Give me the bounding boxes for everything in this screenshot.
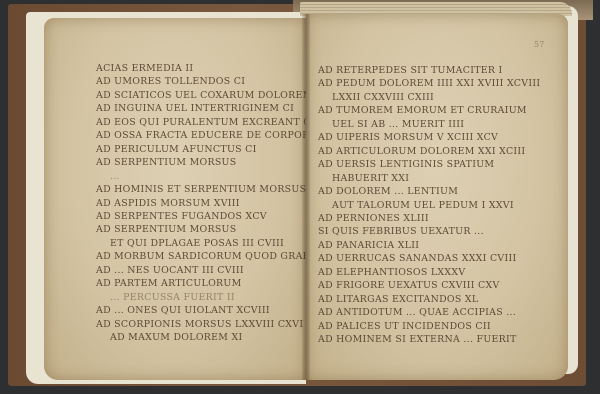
text-line: Ad eos qui puralentum excreant cuius... bbox=[96, 116, 306, 129]
text-line: Ad ... nes uocant III CVIII bbox=[96, 264, 306, 277]
text-line: Ad antidotum ... quae accipias ... bbox=[318, 306, 550, 319]
text-line: Ad tumorem emorum et cruraium bbox=[318, 104, 550, 117]
text-line: Ad inguina uel intertriginem CI bbox=[96, 102, 306, 115]
text-line: Ad hominis et serpentium morsus LXXXVIII bbox=[96, 183, 306, 196]
text-line: Ad scorpionis morsus LXXVIII CXVI bbox=[96, 318, 306, 331]
text-line: Ad ... ones qui uiolant XCVIII bbox=[96, 304, 306, 317]
text-line: Ad frigore uexatus CXVIII CXV bbox=[318, 279, 550, 292]
text-line: Ad uersis lentiginis spatium bbox=[318, 158, 550, 171]
text-line: Ad palices ut incidendos CII bbox=[318, 320, 550, 333]
text-line: et qui dplagae posas III CVIII bbox=[96, 237, 306, 250]
text-line: Ad dolorem ... lentium bbox=[318, 185, 550, 198]
right-page-text: Ad reterpedes sit tumaciter I Ad pedum d… bbox=[318, 64, 550, 347]
text-line: aut talorum uel pedum I XXVI bbox=[318, 199, 550, 212]
text-line: Ad periculum afunctus CI bbox=[96, 143, 306, 156]
text-line: Ad serpentes fugandos XCV bbox=[96, 210, 306, 223]
text-line: Ad serpentium morsus bbox=[96, 156, 306, 169]
text-line: Ad uerrucas sanandas XXXI CVIII bbox=[318, 252, 550, 265]
text-line: Ad ossa fracta educere de corpore XIII bbox=[96, 129, 306, 142]
text-line: uel si ab ... muerit IIII bbox=[318, 118, 550, 131]
text-line: Ad pedum dolorem IIII XXI XVIII XCVIII bbox=[318, 77, 550, 90]
text-line: ... bbox=[96, 170, 306, 183]
text-line: Ad partem articulorum bbox=[96, 277, 306, 290]
text-line: Ad perniones XLIII bbox=[318, 212, 550, 225]
text-line: Ad umores tollendos CI bbox=[96, 75, 306, 88]
folio-number: 57 bbox=[534, 40, 544, 49]
text-line: Ad elephantiosos LXXXV bbox=[318, 266, 550, 279]
text-line: LXXII CXXVIII CXIII bbox=[318, 91, 550, 104]
text-line: Ad articulorum dolorem XXI XCIII bbox=[318, 145, 550, 158]
text-line: Ad sciaticos uel coxarum dolorem XCIII bbox=[96, 89, 306, 102]
text-line: Ad serpentium morsus bbox=[96, 223, 306, 236]
text-line: Ad aspidis morsum XVIII bbox=[96, 197, 306, 210]
text-line: Ad morbum sardicorum quod graeci bbox=[96, 250, 306, 263]
left-page-text: Acias ermedia II Ad umores tollendos CI … bbox=[96, 62, 306, 345]
text-line: ... percussa fuerit II bbox=[96, 291, 306, 304]
text-line: Ad panaricia XLII bbox=[318, 239, 550, 252]
text-line: Ad maxum dolorem XI bbox=[96, 331, 306, 344]
text-line: Ad hominem si externa ... fuerit bbox=[318, 333, 550, 346]
text-line: Acias ermedia II bbox=[96, 62, 306, 75]
text-line: Si quis febribus uexatur ... bbox=[318, 225, 550, 238]
text-line: habuerit XXI bbox=[318, 172, 550, 185]
text-line: Ad reterpedes sit tumaciter I bbox=[318, 64, 550, 77]
text-line: Ad litargas excitandos XL bbox=[318, 293, 550, 306]
text-line: Ad uiperis morsum V XCIII XCV bbox=[318, 131, 550, 144]
